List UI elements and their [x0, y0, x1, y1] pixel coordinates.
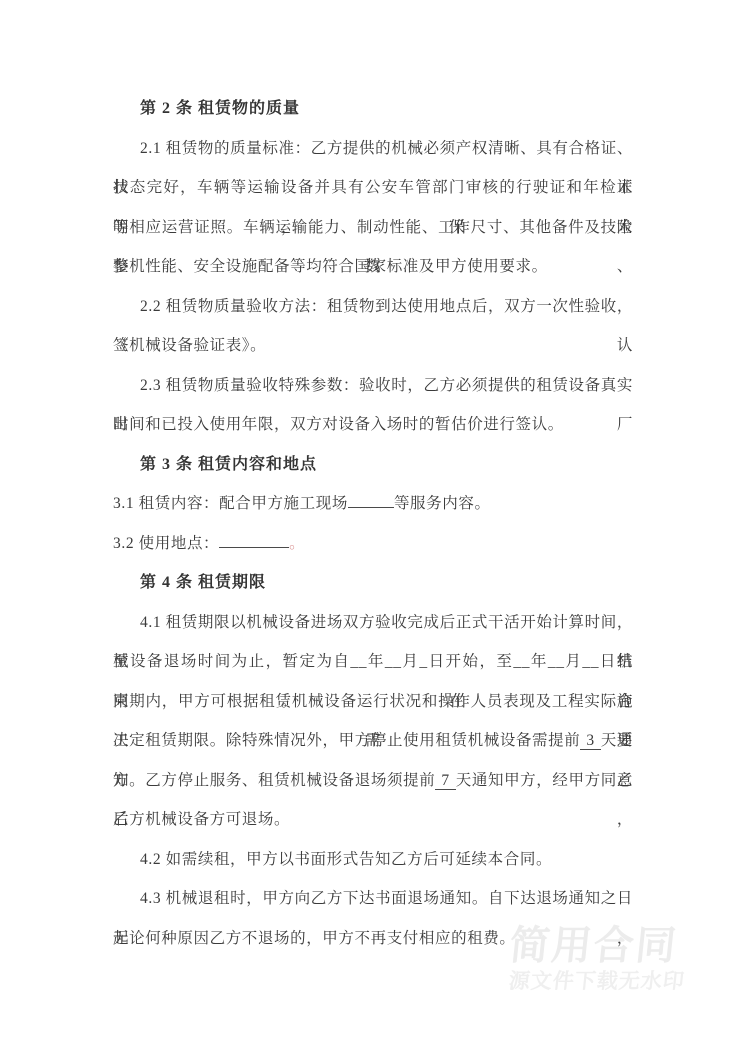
- clause-4-1-line-1: 4.1 租赁期限以机械设备进场双方验收完成后正式干活开始计算时间，至机: [113, 603, 633, 643]
- fill-in-blank-rental-content: [348, 492, 394, 508]
- clause-4-2-line: 4.2 如需续租，甲方以书面形式告知乙方后可延续本合同。: [113, 840, 633, 880]
- watermark-tagline: 源文件下载无水印: [507, 965, 686, 995]
- clause-4-1-line-4: 决定租赁期限。除特殊情况外，甲方停止使用租赁机械设备需提前3天通知乙: [113, 721, 633, 761]
- fill-in-days-notice-party-b: 3: [580, 732, 600, 750]
- article3-heading: 第 3 条 租赁内容和地点: [113, 445, 633, 485]
- clause-3-1-line: 3.1 租赁内容：配合甲方施工现场等服务内容。: [113, 484, 633, 524]
- clause-3-1-text-before: 3.1 租赁内容：配合甲方施工现场: [113, 495, 348, 512]
- fill-in-days-notice-party-a: 7: [435, 772, 455, 790]
- clause-4-1-line-5-text: 方。乙方停止服务、租赁机械设备退场须提前: [113, 772, 435, 789]
- clause-3-1-text-after: 等服务内容。: [394, 495, 491, 512]
- clause-4-1-line-3: 同期内，甲方可根据租赁机械设备运行状况和操作人员表现及工程实际施工需要: [113, 682, 633, 722]
- clause-3-2-period: 。: [289, 535, 305, 552]
- contract-page: 第 2 条 租赁物的质量 2.1 租赁物的质量标准：乙方提供的机械必须产权清晰、…: [0, 0, 742, 1049]
- clause-2-3-line-1: 2.3 租赁物质量验收特殊参数：验收时，乙方必须提供的租赁设备真实出厂: [113, 366, 633, 406]
- clause-2-1-line-2: 状态完好，车辆等运输设备并具有公安车管部门审核的行驶证和年检证明，保险: [113, 168, 633, 208]
- clause-2-3-line-2: 时间和已投入使用年限，双方对设备入场时的暂估价进行签认。: [113, 405, 633, 445]
- clause-2-1-line-3: 等相应运营证照。车辆运输能力、制动性能、工作尺寸、其他备件及技术参数、: [113, 208, 633, 248]
- article4-heading: 第 4 条 租赁期限: [113, 563, 633, 603]
- clause-2-2-line-1: 2.2 租赁物质量验收方法：租赁物到达使用地点后，双方一次性验收，签认: [113, 287, 633, 327]
- contract-body: 第 2 条 租赁物的质量 2.1 租赁物的质量标准：乙方提供的机械必须产权清晰、…: [113, 89, 633, 958]
- clause-3-2-line: 3.2 使用地点：。: [113, 524, 633, 564]
- clause-2-1-line-1: 2.1 租赁物的质量标准：乙方提供的机械必须产权清晰、具有合格证、技术: [113, 129, 633, 169]
- clause-3-2-text: 3.2 使用地点：: [113, 535, 219, 552]
- watermark-logo: 简用合同: [507, 914, 681, 971]
- fill-in-blank-use-location: [219, 532, 289, 548]
- article2-heading: 第 2 条 租赁物的质量: [113, 89, 633, 129]
- clause-4-3-line-1: 4.3 机械退租时，甲方向乙方下达书面退场通知。自下达退场通知之日起，: [113, 879, 633, 919]
- clause-4-1-line-2: 械设备退场时间为止，暂定为自__年__月_日开始，至__年__月__日结束。在合: [113, 642, 633, 682]
- clause-4-1-line-5: 方。乙方停止服务、租赁机械设备退场须提前7天通知甲方，经甲方同意后，: [113, 761, 633, 801]
- clause-4-1-line-4-text: 决定租赁期限。除特殊情况外，甲方停止使用租赁机械设备需提前: [113, 732, 580, 749]
